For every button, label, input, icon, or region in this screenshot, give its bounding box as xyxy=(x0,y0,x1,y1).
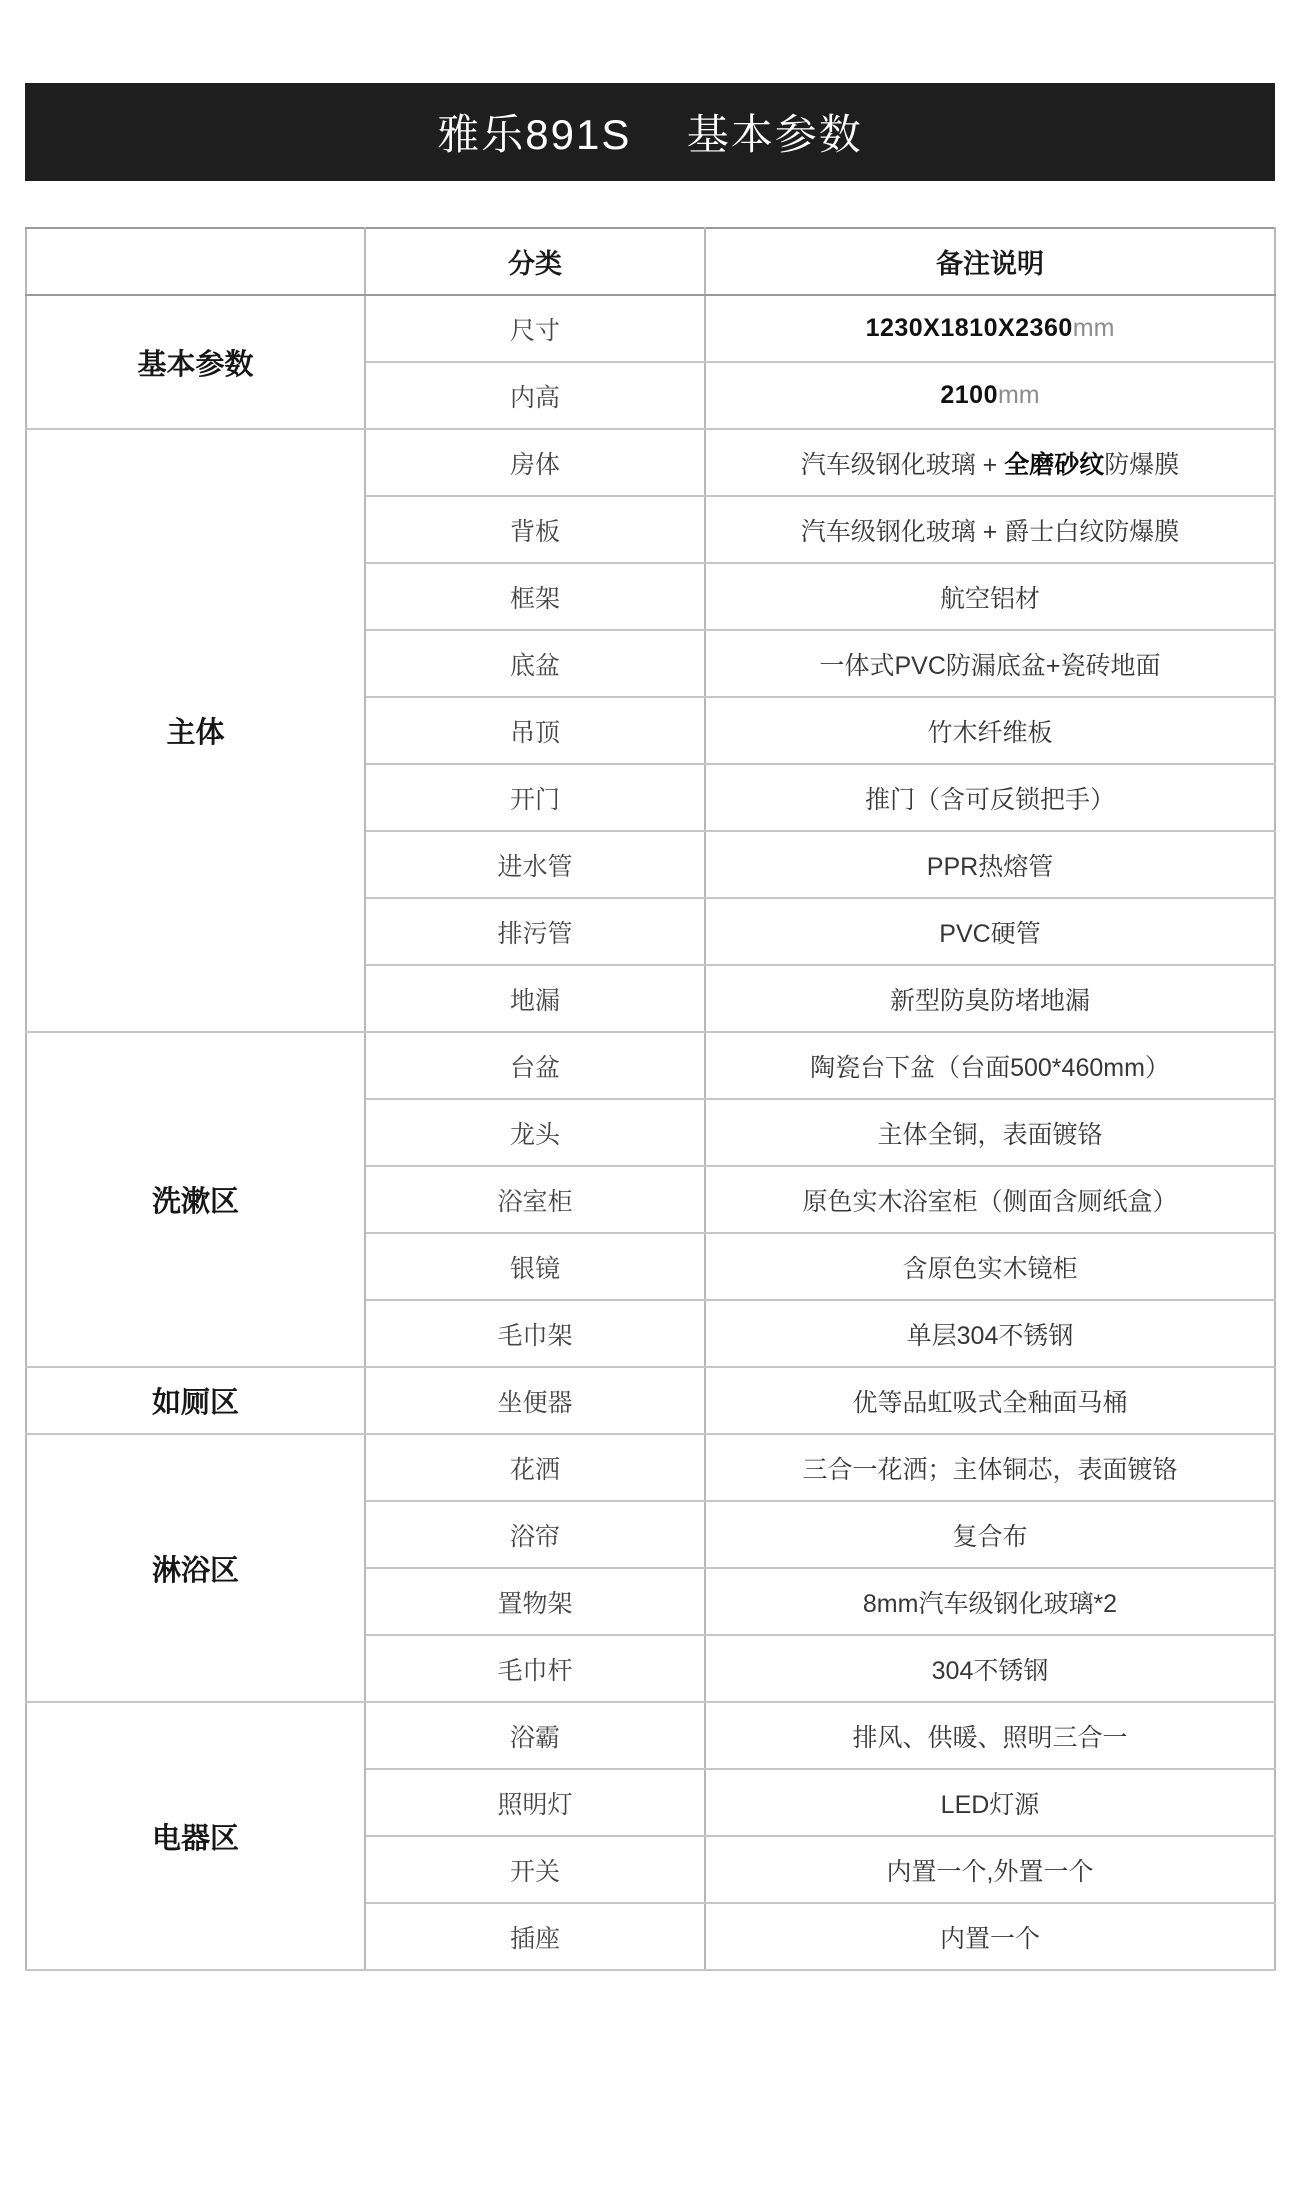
remark-segment: PVC硬管 xyxy=(939,920,1040,948)
remark-cell: 优等品虹吸式全釉面马桶 xyxy=(705,1367,1275,1434)
category-cell: 浴帘 xyxy=(365,1501,705,1568)
remark-cell: PVC硬管 xyxy=(705,898,1275,965)
remark-segment: PPR热熔管 xyxy=(927,853,1053,881)
remark-segment: 8mm汽车级钢化玻璃*2 xyxy=(863,1590,1117,1618)
remark-cell: 汽车级钢化玻璃 + 爵士白纹防爆膜 xyxy=(705,496,1275,563)
category-cell: 开门 xyxy=(365,764,705,831)
remark-cell: 航空铝材 xyxy=(705,563,1275,630)
remark-cell: 304不锈钢 xyxy=(705,1635,1275,1702)
category-cell: 银镜 xyxy=(365,1233,705,1300)
group-label: 洗漱区 xyxy=(26,1032,365,1367)
category-cell: 插座 xyxy=(365,1903,705,1970)
table-row: 洗漱区台盆陶瓷台下盆（台面500*460mm） xyxy=(26,1032,1275,1099)
remark-segment: 新型防臭防堵地漏 xyxy=(890,987,1090,1015)
remark-segment: mm xyxy=(1073,314,1115,342)
remark-segment: 竹木纤维板 xyxy=(927,719,1052,747)
category-cell: 地漏 xyxy=(365,965,705,1032)
category-cell: 框架 xyxy=(365,563,705,630)
remark-segment: mm xyxy=(998,381,1040,409)
table-row: 淋浴区花洒三合一花洒；主体铜芯，表面镀铬 xyxy=(26,1434,1275,1501)
title-bar: 雅乐891S 基本参数 xyxy=(25,83,1275,181)
group-label: 基本参数 xyxy=(26,295,365,429)
group-label: 淋浴区 xyxy=(26,1434,365,1702)
spec-sheet-page: 雅乐891S 基本参数 分类 备注说明 基本参数尺寸1230X1810X2360… xyxy=(0,0,1300,2187)
table-row: 基本参数尺寸1230X1810X2360mm xyxy=(26,295,1275,362)
remark-cell: 一体式PVC防漏底盆+瓷砖地面 xyxy=(705,630,1275,697)
group-label: 如厕区 xyxy=(26,1367,365,1434)
remark-segment: 1230X1810X2360 xyxy=(866,314,1073,342)
remark-cell: LED灯源 xyxy=(705,1769,1275,1836)
remark-cell: PPR热熔管 xyxy=(705,831,1275,898)
group-label: 主体 xyxy=(26,429,365,1032)
remark-cell: 原色实木浴室柜（侧面含厕纸盒） xyxy=(705,1166,1275,1233)
remark-segment: 内置一个 xyxy=(940,1925,1040,1953)
remark-cell: 新型防臭防堵地漏 xyxy=(705,965,1275,1032)
category-cell: 吊顶 xyxy=(365,697,705,764)
category-cell: 花洒 xyxy=(365,1434,705,1501)
remark-segment: 汽车级钢化玻璃 + 爵士白纹防爆膜 xyxy=(801,518,1180,546)
category-cell: 内高 xyxy=(365,362,705,429)
category-cell: 开关 xyxy=(365,1836,705,1903)
remark-cell: 8mm汽车级钢化玻璃*2 xyxy=(705,1568,1275,1635)
header-remark-cell: 备注说明 xyxy=(705,228,1275,295)
category-cell: 背板 xyxy=(365,496,705,563)
category-cell: 浴霸 xyxy=(365,1702,705,1769)
category-cell: 房体 xyxy=(365,429,705,496)
category-cell: 坐便器 xyxy=(365,1367,705,1434)
remark-segment: 含原色实木镜柜 xyxy=(902,1255,1077,1283)
page-title: 雅乐891S 基本参数 xyxy=(437,102,862,162)
remark-cell: 复合布 xyxy=(705,1501,1275,1568)
remark-cell: 单层304不锈钢 xyxy=(705,1300,1275,1367)
remark-segment: 2100 xyxy=(940,381,998,409)
remark-segment: 一体式PVC防漏底盆+瓷砖地面 xyxy=(819,652,1160,680)
remark-cell: 推门（含可反锁把手） xyxy=(705,764,1275,831)
category-cell: 底盆 xyxy=(365,630,705,697)
category-cell: 龙头 xyxy=(365,1099,705,1166)
remark-segment: LED灯源 xyxy=(941,1791,1040,1819)
remark-cell: 2100mm xyxy=(705,362,1275,429)
table-row: 主体房体汽车级钢化玻璃 + 全磨砂纹防爆膜 xyxy=(26,429,1275,496)
remark-segment: 304不锈钢 xyxy=(932,1657,1049,1685)
table-header-row: 分类 备注说明 xyxy=(26,228,1275,295)
header-group-cell xyxy=(26,228,365,295)
remark-segment: 三合一花洒；主体铜芯，表面镀铬 xyxy=(802,1456,1177,1484)
remark-cell: 陶瓷台下盆（台面500*460mm） xyxy=(705,1032,1275,1099)
spec-table: 分类 备注说明 基本参数尺寸1230X1810X2360mm内高2100mm主体… xyxy=(25,227,1276,1971)
remark-segment: 航空铝材 xyxy=(940,585,1040,613)
remark-segment: 全磨砂纹 xyxy=(1004,451,1104,479)
remark-segment: 主体全铜，表面镀铬 xyxy=(877,1121,1102,1149)
remark-segment: 原色实木浴室柜（侧面含厕纸盒） xyxy=(802,1188,1177,1216)
remark-segment: 优等品虹吸式全釉面马桶 xyxy=(852,1389,1127,1417)
category-cell: 排污管 xyxy=(365,898,705,965)
category-cell: 尺寸 xyxy=(365,295,705,362)
remark-segment: 防爆膜 xyxy=(1104,451,1179,479)
remark-cell: 汽车级钢化玻璃 + 全磨砂纹防爆膜 xyxy=(705,429,1275,496)
table-row: 电器区浴霸排风、供暖、照明三合一 xyxy=(26,1702,1275,1769)
remark-segment: 内置一个,外置一个 xyxy=(887,1858,1094,1886)
remark-segment: 汽车级钢化玻璃 + xyxy=(801,451,1005,479)
remark-segment: 推门（含可反锁把手） xyxy=(865,786,1115,814)
category-cell: 置物架 xyxy=(365,1568,705,1635)
category-cell: 台盆 xyxy=(365,1032,705,1099)
category-cell: 毛巾杆 xyxy=(365,1635,705,1702)
header-category-cell: 分类 xyxy=(365,228,705,295)
category-cell: 毛巾架 xyxy=(365,1300,705,1367)
table-row: 如厕区坐便器优等品虹吸式全釉面马桶 xyxy=(26,1367,1275,1434)
category-cell: 浴室柜 xyxy=(365,1166,705,1233)
remark-segment: 排风、供暖、照明三合一 xyxy=(852,1724,1127,1752)
remark-cell: 三合一花洒；主体铜芯，表面镀铬 xyxy=(705,1434,1275,1501)
category-cell: 照明灯 xyxy=(365,1769,705,1836)
category-cell: 进水管 xyxy=(365,831,705,898)
remark-cell: 1230X1810X2360mm xyxy=(705,295,1275,362)
remark-cell: 含原色实木镜柜 xyxy=(705,1233,1275,1300)
remark-segment: 单层304不锈钢 xyxy=(907,1322,1074,1350)
remark-cell: 竹木纤维板 xyxy=(705,697,1275,764)
remark-segment: 陶瓷台下盆（台面500*460mm） xyxy=(810,1054,1170,1082)
remark-cell: 主体全铜，表面镀铬 xyxy=(705,1099,1275,1166)
remark-cell: 内置一个 xyxy=(705,1903,1275,1970)
group-label: 电器区 xyxy=(26,1702,365,1970)
remark-cell: 排风、供暖、照明三合一 xyxy=(705,1702,1275,1769)
remark-cell: 内置一个,外置一个 xyxy=(705,1836,1275,1903)
remark-segment: 复合布 xyxy=(952,1523,1027,1551)
